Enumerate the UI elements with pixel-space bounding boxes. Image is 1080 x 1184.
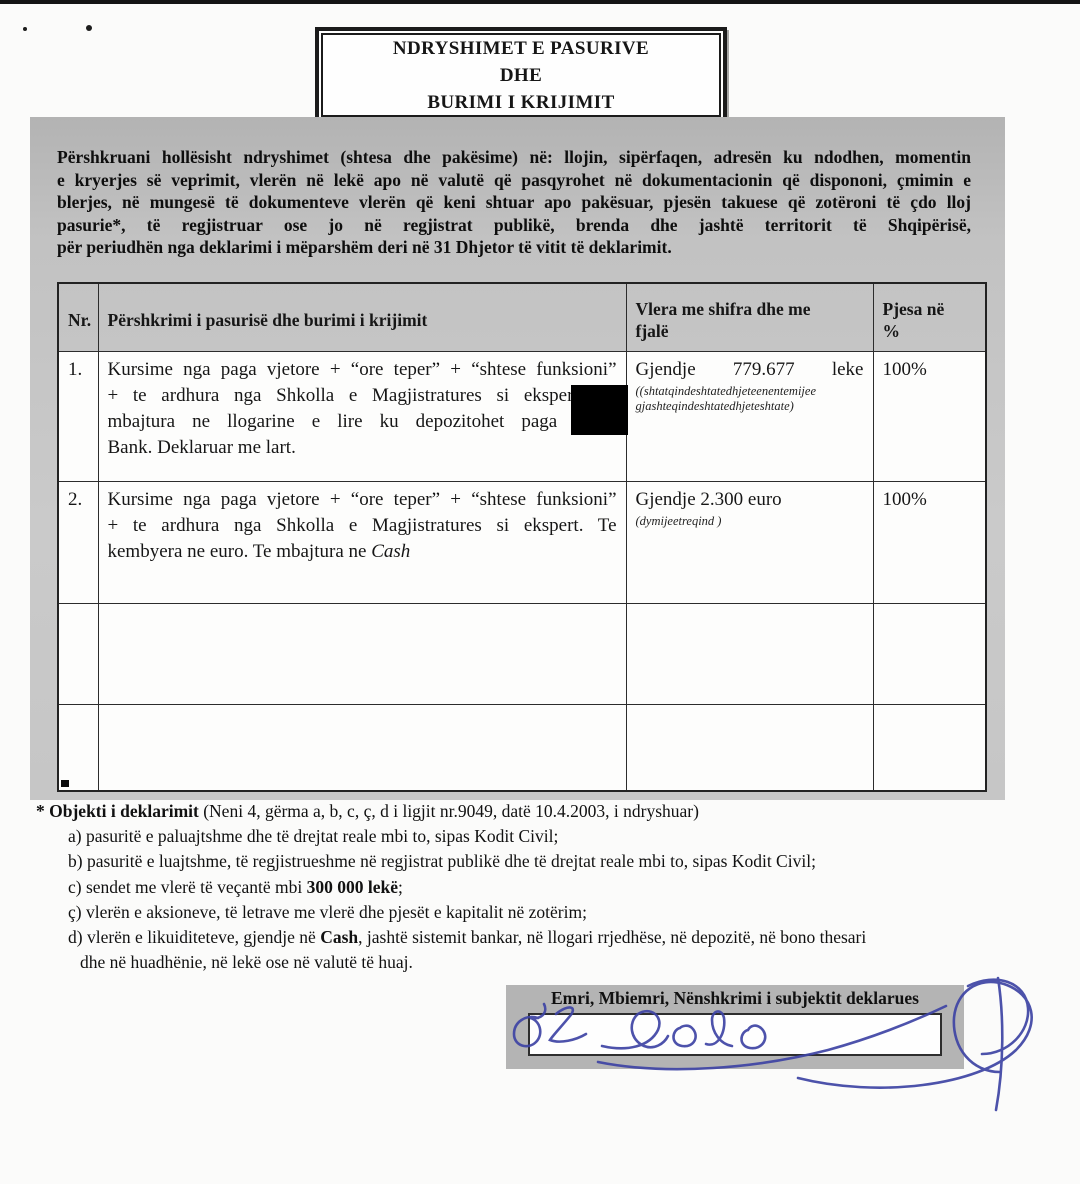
header-value-line1: Vlera me shifra dhe me [636,298,864,320]
table-row-2: 2. Kursime nga paga vjetore + “ore teper… [58,481,986,603]
footnote-item-c: c) sendet me vlerë të veçantë mbi 300 00… [68,875,866,900]
scan-artifact-dot [86,25,92,31]
table-row-empty-1 [58,603,986,704]
signature-field [528,1013,942,1056]
scan-artifact-dot [23,27,27,31]
row1-value-in-words: ((shtatqindeshtatedhjeteenentemijee gjas… [636,384,864,414]
footnote-item-d-cash: Cash [320,927,358,947]
declaration-footnote: * Objekti i deklarimit (Neni 4, gërma a,… [36,799,866,975]
empty-cell [626,603,873,704]
table-row-empty-2 [58,704,986,791]
header-share-line1: Pjesa në [883,298,977,320]
row2-number: 2. [58,481,98,603]
row2-desc-line: + te ardhura nga Shkolla e Magjistrature… [108,513,617,539]
document-title-box: NDRYSHIMET E PASURIVE DHE BURIMI I KRIJI… [315,27,727,123]
row1-number: 1. [58,351,98,481]
row1-desc-line: Kursime nga paga vjetore + “ore teper” +… [108,357,617,383]
title-line-3: BURIMI I KRIJIMIT [427,89,614,116]
footnote-item-d-line2: dhe në huadhënie, në lekë ose në valutë … [80,950,866,975]
assets-table: Nr. Përshkrimi i pasurisë dhe burimi i k… [57,282,987,792]
footnote-item-c-amount: 300 000 lekë [307,877,398,897]
row2-value: Gjendje 2.300 euro (dymijeetreqind ) [626,481,873,603]
empty-cell [58,603,98,704]
row2-description: Kursime nga paga vjetore + “ore teper” +… [98,481,626,603]
footnote-item-d-rest: , jashtë sistemit bankar, në llogari rrj… [358,927,866,947]
row1-value: Gjendje 779.677 leke ((shtatqindeshtated… [626,351,873,481]
row1-value-word: 779.677 [733,357,795,383]
empty-cell [873,704,986,791]
header-share-line2: % [883,320,977,342]
row1-value-word: Gjendje [636,357,696,383]
empty-cell [98,704,626,791]
empty-cell [98,603,626,704]
signature-label: Emri, Mbiemri, Nënshkrimi i subjektit de… [506,988,964,1009]
intro-line: blerjes, në mungesë të dokumenteve vlerë… [57,191,971,214]
title-line-1: NDRYSHIMET E PASURIVE [393,35,649,62]
footnote-item-cc: ç) vlerën e aksioneve, të letrave me vle… [68,900,866,925]
header-value-line2: fjalë [636,320,864,342]
footnote-item-c-end: ; [398,877,403,897]
intro-line: për periudhën nga deklarimi i mëparshëm … [57,236,971,259]
row1-value-amount: Gjendje 779.677 leke [636,357,864,383]
intro-line: pasurie*, të regjistruar ose jo në regji… [57,214,971,237]
footnote-law-reference: (Neni 4, gërma a, b, c, ç, d i ligjit nr… [199,801,699,821]
row1-desc-line: mbajtura ne llogarine e lire ku depozito… [108,409,617,435]
row1-description: Kursime nga paga vjetore + “ore teper” +… [98,351,626,481]
instructions-paragraph: Përshkruani hollësisht ndryshimet (shtes… [57,146,971,259]
row2-value-amount: Gjendje 2.300 euro [636,487,864,513]
footnote-star: * [36,801,49,821]
intro-line: e kryerjes së veprimit, vlerën në lekë a… [57,169,971,192]
footnote-item-b: b) pasuritë e luajtshme, të regjistruesh… [68,849,866,874]
footnote-item-a: a) pasuritë e paluajtshme dhe të drejtat… [68,824,866,849]
redaction-box [571,385,628,435]
intro-line: Përshkruani hollësisht ndryshimet (shtes… [57,146,971,169]
row2-desc-line: kembyera ne euro. Te mbajtura ne Cash [108,539,617,565]
row2-desc-line: Kursime nga paga vjetore + “ore teper” +… [108,487,617,513]
row2-share: 100% [873,481,986,603]
row1-share: 100% [873,351,986,481]
empty-cell [626,704,873,791]
header-value: Vlera me shifra dhe me fjalë [626,283,873,351]
row2-desc-cash: Cash [371,541,410,562]
form-panel: Përshkruani hollësisht ndryshimet (shtes… [30,117,1005,800]
table-header-row: Nr. Përshkrimi i pasurisë dhe burimi i k… [58,283,986,351]
scanned-declaration-page: NDRYSHIMET E PASURIVE DHE BURIMI I KRIJI… [0,0,1080,1184]
scan-top-edge [0,0,1080,4]
table-row-1: 1. Kursime nga paga vjetore + “ore teper… [58,351,986,481]
row2-desc-text: kembyera ne euro. Te mbajtura ne [108,541,372,562]
row1-desc-line: + te ardhura nga Shkolla e Magjistrature… [108,383,617,409]
header-share: Pjesa në % [873,283,986,351]
header-description: Përshkrimi i pasurisë dhe burimi i kriji… [98,283,626,351]
footnote-title: Objekti i deklarimit [49,801,199,821]
footnote-heading: * Objekti i deklarimit (Neni 4, gërma a,… [36,799,866,824]
footnote-item-d: d) vlerën e likuiditeteve, gjendje në Ca… [68,925,866,950]
footnote-item-c-text: c) sendet me vlerë të veçantë mbi [68,877,307,897]
row1-desc-line: Bank. Deklaruar me lart. [108,435,617,461]
empty-cell [873,603,986,704]
footnote-item-d-text: d) vlerën e likuiditeteve, gjendje në [68,927,320,947]
header-nr: Nr. [58,283,98,351]
scan-artifact-mark [61,780,69,787]
row2-value-in-words: (dymijeetreqind ) [636,514,864,529]
empty-cell [58,704,98,791]
row1-words-line: gjashteqindeshtatedhjeteshtate) [636,399,864,414]
title-line-2: DHE [500,62,542,89]
document-title: NDRYSHIMET E PASURIVE DHE BURIMI I KRIJI… [321,33,721,117]
signature-block: Emri, Mbiemri, Nënshkrimi i subjektit de… [506,985,964,1069]
row1-value-word: leke [832,357,864,383]
row1-words-line: ((shtatqindeshtatedhjeteenentemijee [636,384,864,399]
